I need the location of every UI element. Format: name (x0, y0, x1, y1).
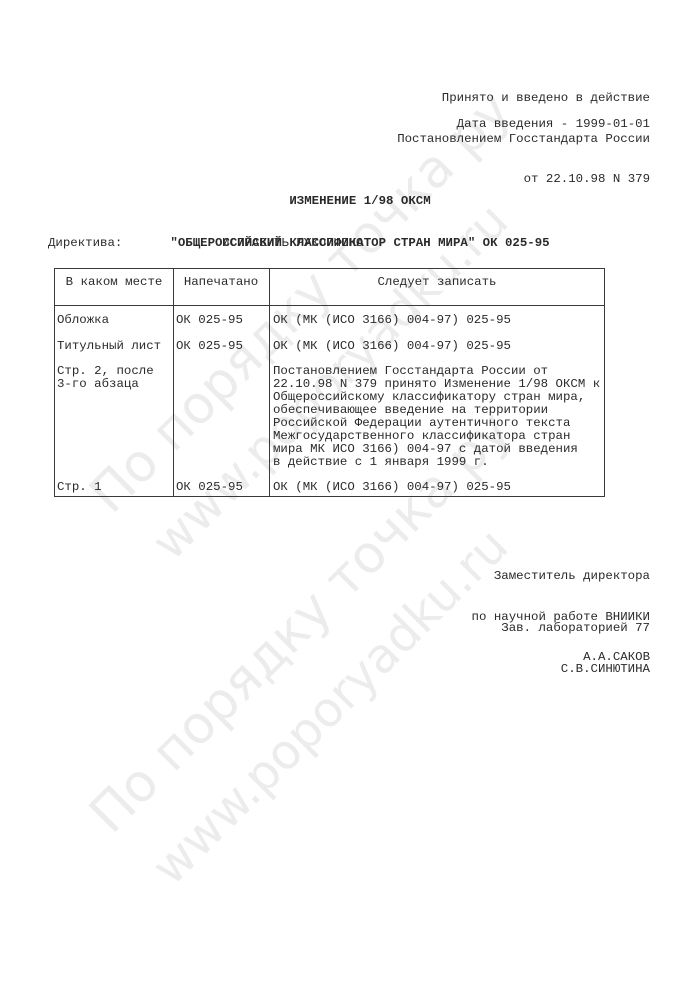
cell-should-be: Постановлением Госстандарта России от 22… (273, 365, 600, 469)
cell-printed: ОК 025-95 (176, 340, 243, 353)
signature-line: Заместитель директора (472, 570, 650, 584)
amendment-table: В каком месте Напечатано Следует записат… (54, 268, 605, 497)
signature-line: Зав. лабораторией 77 (501, 622, 650, 636)
cell-place: Обложка (57, 314, 109, 327)
cell-printed: ОК 025-95 (176, 314, 243, 327)
column-divider (269, 269, 270, 496)
watermark-url: www.poporyadku.ru (144, 521, 516, 893)
directive-label: Директива: (48, 236, 122, 250)
cell-should-be: ОК (МК (ИСО 3166) 004-97) 025-95 (273, 481, 511, 494)
cell-should-be: ОК (МК (ИСО 3166) 004-97) 025-95 (273, 314, 511, 327)
effective-date: Дата введения - 1999-01-01 (457, 118, 650, 132)
document-title: ИЗМЕНЕНИЕ 1/98 ОКСМ "ОБЩЕРОССИЙСКИЙ КЛАС… (0, 166, 700, 278)
adoption-line: Принято и введено в действие (397, 92, 650, 106)
cell-place: Стр. 1 (57, 481, 102, 494)
signature-lab-head: Зав. лабораторией 77 С.В.СИНЮТИНА (501, 595, 650, 703)
header-divider (55, 305, 604, 306)
cell-place: Стр. 2, после 3-го абзаца (57, 365, 154, 391)
column-divider (173, 269, 174, 496)
directive-value: ИСПРАВИТЬ РУКОПИСНО (222, 236, 363, 250)
cell-place: Титульный лист (57, 340, 161, 353)
column-header-printed: Напечатано (173, 276, 269, 289)
adoption-line: Постановлением Госстандарта России (397, 133, 650, 147)
signature-name: С.В.СИНЮТИНА (501, 663, 650, 677)
title-line-1: ИЗМЕНЕНИЕ 1/98 ОКСМ (0, 194, 700, 208)
column-header-should-be: Следует записать (269, 276, 605, 289)
cell-printed: ОК 025-95 (176, 481, 243, 494)
column-header-place: В каком месте (55, 276, 173, 289)
cell-should-be: ОК (МК (ИСО 3166) 004-97) 025-95 (273, 340, 511, 353)
